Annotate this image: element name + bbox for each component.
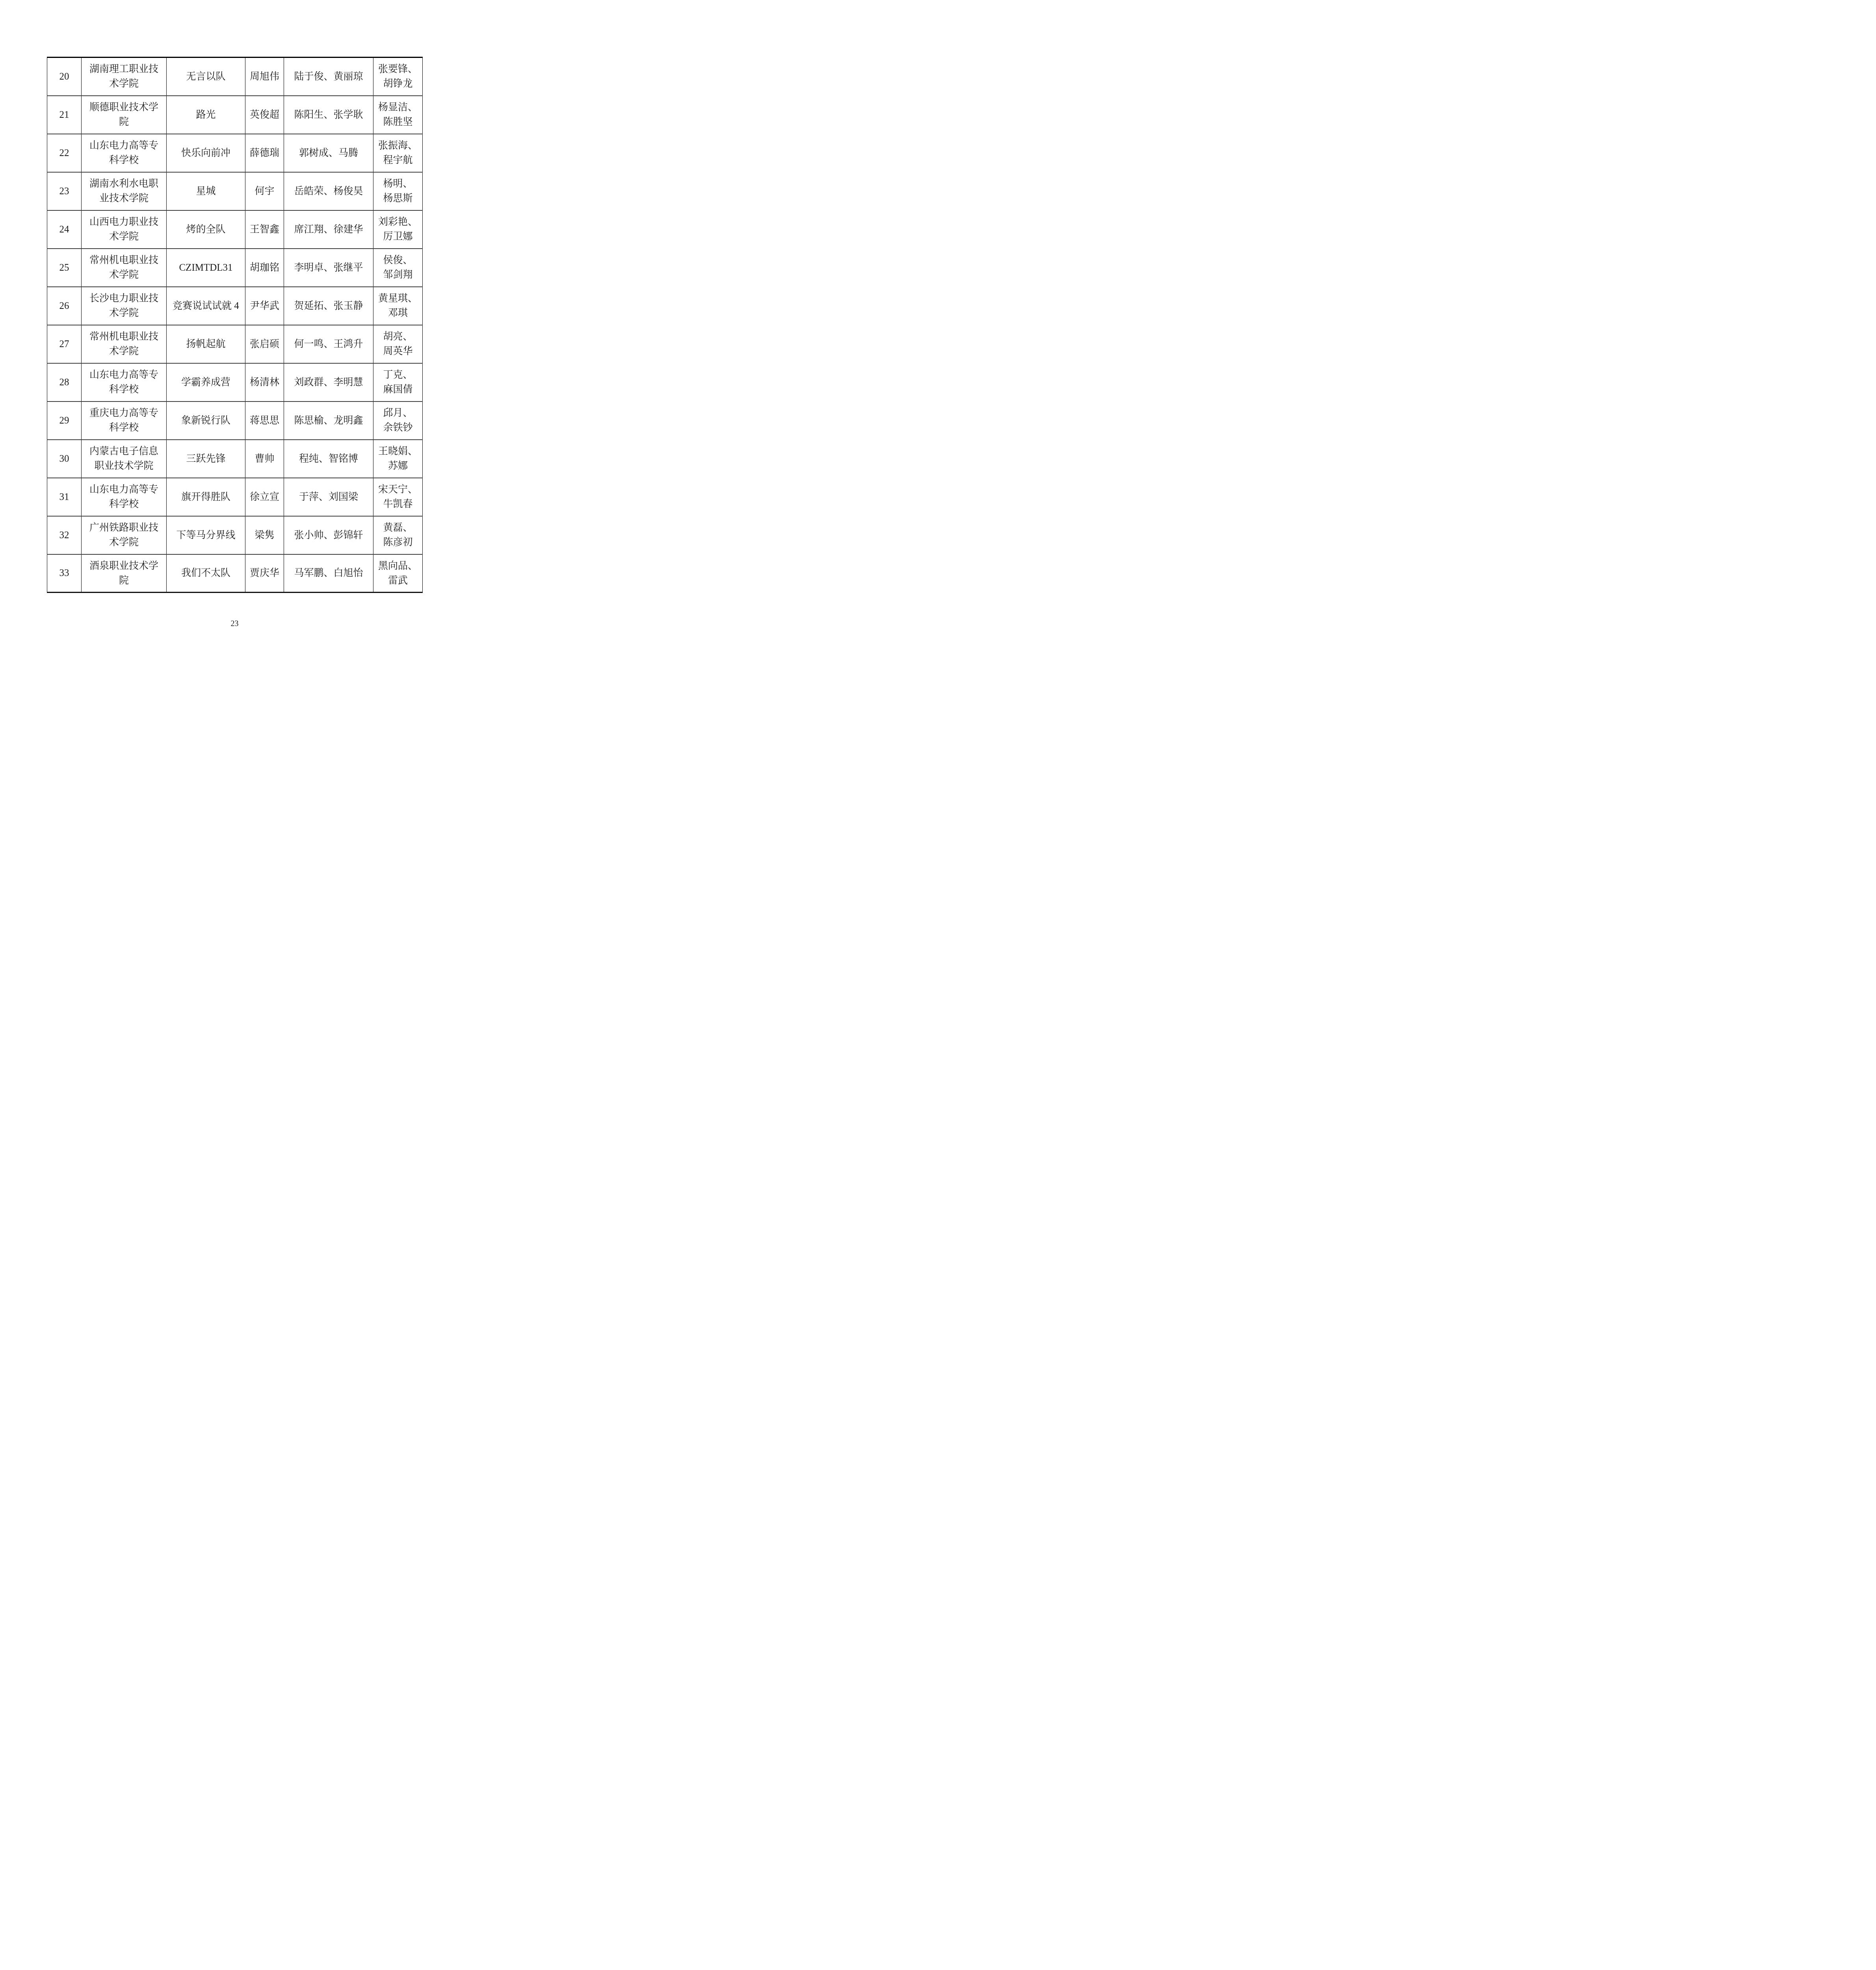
cell-text-line: 胡珈铭 xyxy=(245,260,284,275)
cell-text-line: 28 xyxy=(47,375,81,390)
table-row: 23湖南水利水电职业技术学院星城何宇岳皓荣、杨俊昊杨明、杨思斯 xyxy=(47,172,423,210)
cell-text-line: 广州铁路职业技 xyxy=(82,520,166,535)
cell-text-line: CZIMTDL31 xyxy=(167,260,245,275)
cell-text-line: 顺德职业技术学 xyxy=(82,100,166,115)
cell-leader: 贾庆华 xyxy=(245,554,284,593)
cell-text-line: 邱月、 xyxy=(373,406,422,420)
cell-text-line: 陈彦初 xyxy=(373,535,422,550)
cell-leader: 杨清林 xyxy=(245,363,284,401)
cell-text-line: 23 xyxy=(47,184,81,199)
cell-advisors: 黑向品、雷武 xyxy=(373,554,423,593)
cell-text-line: 李明卓、张继平 xyxy=(284,260,373,275)
cell-text-line: 酒泉职业技术学 xyxy=(82,559,166,573)
cell-leader: 何宇 xyxy=(245,172,284,210)
cell-text-line: 31 xyxy=(47,490,81,504)
cell-text-line: 湖南理工职业技 xyxy=(82,62,166,76)
cell-text-line: 学霸养成营 xyxy=(167,375,245,390)
cell-text-line: 蒋思思 xyxy=(245,413,284,428)
cell-team-name: 旗开得胜队 xyxy=(167,478,245,516)
cell-text-line: 杨明、 xyxy=(373,177,422,191)
cell-number: 33 xyxy=(47,554,82,593)
table-row: 28山东电力高等专科学校学霸养成营杨清林刘政群、李明慧丁克、麻国倩 xyxy=(47,363,423,401)
cell-text-line: 王智鑫 xyxy=(245,222,284,237)
cell-text-line: 陈思榆、龙明鑫 xyxy=(284,413,373,428)
cell-number: 28 xyxy=(47,363,82,401)
cell-text-line: 杨显洁、 xyxy=(373,100,422,115)
cell-team-name: 烤的全队 xyxy=(167,210,245,249)
cell-text-line: 24 xyxy=(47,222,81,237)
cell-school: 酒泉职业技术学院 xyxy=(82,554,167,593)
cell-text-line: 程宇航 xyxy=(373,153,422,167)
cell-text-line: 邓琪 xyxy=(373,306,422,320)
table-body: 20湖南理工职业技术学院无言以队周旭伟陆于俊、黄丽琼张要锋、胡铮龙21顺德职业技… xyxy=(47,58,423,593)
cell-text-line: 职业技术学院 xyxy=(82,459,166,473)
cell-text-line: 英俊超 xyxy=(245,108,284,122)
cell-text-line: 25 xyxy=(47,260,81,275)
cell-advisors: 刘彩艳、厉卫娜 xyxy=(373,210,423,249)
cell-text-line: 薛德瑞 xyxy=(245,146,284,160)
cell-text-line: 厉卫娜 xyxy=(373,229,422,244)
cell-text-line: 院 xyxy=(82,115,166,129)
cell-members: 贺延拓、张玉静 xyxy=(284,287,373,325)
cell-leader: 徐立宣 xyxy=(245,478,284,516)
cell-text-line: 业技术学院 xyxy=(82,191,166,206)
cell-school: 重庆电力高等专科学校 xyxy=(82,401,167,440)
cell-text-line: 席江翔、徐建华 xyxy=(284,222,373,237)
cell-text-line: 杨清林 xyxy=(245,375,284,390)
cell-leader: 薛德瑞 xyxy=(245,134,284,172)
document-page: 20湖南理工职业技术学院无言以队周旭伟陆于俊、黄丽琼张要锋、胡铮龙21顺德职业技… xyxy=(0,0,469,663)
cell-school: 常州机电职业技术学院 xyxy=(82,249,167,287)
cell-text-line: 下等马分界线 xyxy=(167,528,245,543)
cell-team-name: 无言以队 xyxy=(167,58,245,96)
cell-school: 广州铁路职业技术学院 xyxy=(82,516,167,554)
cell-number: 24 xyxy=(47,210,82,249)
cell-text-line: 黄磊、 xyxy=(373,520,422,535)
cell-school: 顺德职业技术学院 xyxy=(82,96,167,134)
cell-text-line: 张小帅、彭锦轩 xyxy=(284,528,373,543)
cell-text-line: 黄星琪、 xyxy=(373,291,422,306)
cell-number: 29 xyxy=(47,401,82,440)
cell-advisors: 胡亮、周英华 xyxy=(373,325,423,363)
cell-text-line: 何一鸣、王鸿升 xyxy=(284,337,373,351)
cell-text-line: 三跃先锋 xyxy=(167,452,245,466)
cell-advisors: 宋天宁、牛凯春 xyxy=(373,478,423,516)
cell-team-name: 路光 xyxy=(167,96,245,134)
table-row: 31山东电力高等专科学校旗开得胜队徐立宣于萍、刘国梁宋天宁、牛凯春 xyxy=(47,478,423,516)
cell-advisors: 黄磊、陈彦初 xyxy=(373,516,423,554)
table-row: 26长沙电力职业技术学院竞赛说试试就 4尹华武贺延拓、张玉静黄星琪、邓琪 xyxy=(47,287,423,325)
cell-number: 20 xyxy=(47,58,82,96)
cell-text-line: 重庆电力高等专 xyxy=(82,406,166,420)
cell-team-name: 星城 xyxy=(167,172,245,210)
teams-table: 20湖南理工职业技术学院无言以队周旭伟陆于俊、黄丽琼张要锋、胡铮龙21顺德职业技… xyxy=(47,57,423,593)
cell-leader: 曹帅 xyxy=(245,440,284,478)
cell-members: 陆于俊、黄丽琼 xyxy=(284,58,373,96)
cell-team-name: 三跃先锋 xyxy=(167,440,245,478)
cell-text-line: 术学院 xyxy=(82,229,166,244)
cell-text-line: 曹帅 xyxy=(245,452,284,466)
cell-text-line: 周旭伟 xyxy=(245,69,284,84)
cell-text-line: 山西电力职业技 xyxy=(82,215,166,229)
cell-text-line: 27 xyxy=(47,337,81,351)
cell-text-line: 陆于俊、黄丽琼 xyxy=(284,69,373,84)
cell-text-line: 常州机电职业技 xyxy=(82,253,166,268)
table-row: 24山西电力职业技术学院烤的全队王智鑫席江翔、徐建华刘彩艳、厉卫娜 xyxy=(47,210,423,249)
cell-text-line: 山东电力高等专 xyxy=(82,482,166,497)
cell-members: 刘政群、李明慧 xyxy=(284,363,373,401)
cell-leader: 周旭伟 xyxy=(245,58,284,96)
cell-text-line: 山东电力高等专 xyxy=(82,138,166,153)
cell-members: 张小帅、彭锦轩 xyxy=(284,516,373,554)
cell-leader: 王智鑫 xyxy=(245,210,284,249)
cell-team-name: 学霸养成营 xyxy=(167,363,245,401)
cell-text-line: 科学校 xyxy=(82,382,166,397)
cell-members: 岳皓荣、杨俊昊 xyxy=(284,172,373,210)
cell-team-name: 我们不太队 xyxy=(167,554,245,593)
cell-number: 23 xyxy=(47,172,82,210)
cell-leader: 尹华武 xyxy=(245,287,284,325)
cell-team-name: 竞赛说试试就 4 xyxy=(167,287,245,325)
cell-text-line: 牛凯春 xyxy=(373,497,422,511)
table-row: 21顺德职业技术学院路光英俊超陈阳生、张学耿杨显洁、陈胜坚 xyxy=(47,96,423,134)
cell-text-line: 刘彩艳、 xyxy=(373,215,422,229)
cell-school: 湖南水利水电职业技术学院 xyxy=(82,172,167,210)
cell-text-line: 扬帆起航 xyxy=(167,337,245,351)
cell-number: 30 xyxy=(47,440,82,478)
cell-advisors: 杨显洁、陈胜坚 xyxy=(373,96,423,134)
cell-text-line: 29 xyxy=(47,413,81,428)
cell-text-line: 院 xyxy=(82,573,166,588)
cell-advisors: 侯俊、邹剑翔 xyxy=(373,249,423,287)
cell-text-line: 黑向品、 xyxy=(373,559,422,573)
cell-text-line: 贺延拓、张玉静 xyxy=(284,299,373,313)
cell-text-line: 象新锐行队 xyxy=(167,413,245,428)
cell-number: 25 xyxy=(47,249,82,287)
table-row: 22山东电力高等专科学校快乐向前冲薛德瑞郭树成、马腾张振海、程宇航 xyxy=(47,134,423,172)
cell-text-line: 刘政群、李明慧 xyxy=(284,375,373,390)
cell-text-line: 26 xyxy=(47,299,81,313)
cell-text-line: 33 xyxy=(47,566,81,580)
cell-text-line: 雷武 xyxy=(373,573,422,588)
cell-text-line: 麻国倩 xyxy=(373,382,422,397)
page-number: 23 xyxy=(0,619,469,628)
cell-text-line: 烤的全队 xyxy=(167,222,245,237)
cell-leader: 胡珈铭 xyxy=(245,249,284,287)
cell-text-line: 陈阳生、张学耿 xyxy=(284,108,373,122)
cell-team-name: 快乐向前冲 xyxy=(167,134,245,172)
cell-members: 李明卓、张继平 xyxy=(284,249,373,287)
cell-school: 内蒙古电子信息职业技术学院 xyxy=(82,440,167,478)
cell-school: 山东电力高等专科学校 xyxy=(82,363,167,401)
cell-text-line: 科学校 xyxy=(82,153,166,167)
cell-text-line: 路光 xyxy=(167,108,245,122)
table-row: 32广州铁路职业技术学院下等马分界线梁隽张小帅、彭锦轩黄磊、陈彦初 xyxy=(47,516,423,554)
cell-members: 郭树成、马腾 xyxy=(284,134,373,172)
cell-text-line: 科学校 xyxy=(82,420,166,435)
cell-leader: 英俊超 xyxy=(245,96,284,134)
cell-members: 陈阳生、张学耿 xyxy=(284,96,373,134)
cell-number: 31 xyxy=(47,478,82,516)
cell-text-line: 无言以队 xyxy=(167,69,245,84)
cell-text-line: 张振海、 xyxy=(373,138,422,153)
cell-school: 山西电力职业技术学院 xyxy=(82,210,167,249)
cell-text-line: 周英华 xyxy=(373,344,422,359)
table-row: 30内蒙古电子信息职业技术学院三跃先锋曹帅程纯、智铭博王晓娟、苏娜 xyxy=(47,440,423,478)
cell-text-line: 术学院 xyxy=(82,535,166,550)
table-row: 20湖南理工职业技术学院无言以队周旭伟陆于俊、黄丽琼张要锋、胡铮龙 xyxy=(47,58,423,96)
cell-text-line: 梁隽 xyxy=(245,528,284,543)
cell-text-line: 郭树成、马腾 xyxy=(284,146,373,160)
cell-text-line: 21 xyxy=(47,108,81,122)
cell-team-name: 扬帆起航 xyxy=(167,325,245,363)
cell-text-line: 邹剑翔 xyxy=(373,268,422,282)
cell-advisors: 张要锋、胡铮龙 xyxy=(373,58,423,96)
cell-text-line: 30 xyxy=(47,452,81,466)
cell-team-name: 象新锐行队 xyxy=(167,401,245,440)
cell-team-name: 下等马分界线 xyxy=(167,516,245,554)
cell-members: 于萍、刘国梁 xyxy=(284,478,373,516)
cell-text-line: 张要锋、 xyxy=(373,62,422,76)
cell-text-line: 张启硕 xyxy=(245,337,284,351)
cell-text-line: 快乐向前冲 xyxy=(167,146,245,160)
cell-members: 何一鸣、王鸿升 xyxy=(284,325,373,363)
cell-advisors: 杨明、杨思斯 xyxy=(373,172,423,210)
cell-number: 32 xyxy=(47,516,82,554)
cell-text-line: 术学院 xyxy=(82,268,166,282)
cell-text-line: 尹华武 xyxy=(245,299,284,313)
cell-members: 席江翔、徐建华 xyxy=(284,210,373,249)
cell-text-line: 丁克、 xyxy=(373,368,422,382)
cell-text-line: 术学院 xyxy=(82,76,166,91)
table-row: 25常州机电职业技术学院CZIMTDL31胡珈铭李明卓、张继平侯俊、邹剑翔 xyxy=(47,249,423,287)
cell-text-line: 王晓娟、 xyxy=(373,444,422,459)
cell-members: 马军鹏、白旭怡 xyxy=(284,554,373,593)
cell-text-line: 宋天宁、 xyxy=(373,482,422,497)
cell-leader: 蒋思思 xyxy=(245,401,284,440)
cell-text-line: 岳皓荣、杨俊昊 xyxy=(284,184,373,199)
cell-text-line: 杨思斯 xyxy=(373,191,422,206)
table-row: 27常州机电职业技术学院扬帆起航张启硕何一鸣、王鸿升胡亮、周英华 xyxy=(47,325,423,363)
cell-text-line: 马军鹏、白旭怡 xyxy=(284,566,373,580)
cell-text-line: 竞赛说试试就 4 xyxy=(167,299,245,313)
cell-text-line: 科学校 xyxy=(82,497,166,511)
cell-text-line: 22 xyxy=(47,146,81,160)
cell-text-line: 我们不太队 xyxy=(167,566,245,580)
cell-text-line: 常州机电职业技 xyxy=(82,329,166,344)
cell-text-line: 苏娜 xyxy=(373,459,422,473)
cell-school: 常州机电职业技术学院 xyxy=(82,325,167,363)
cell-text-line: 程纯、智铭博 xyxy=(284,452,373,466)
cell-text-line: 胡亮、 xyxy=(373,329,422,344)
cell-number: 22 xyxy=(47,134,82,172)
cell-advisors: 张振海、程宇航 xyxy=(373,134,423,172)
cell-text-line: 术学院 xyxy=(82,344,166,359)
cell-text-line: 胡铮龙 xyxy=(373,76,422,91)
cell-text-line: 20 xyxy=(47,69,81,84)
cell-text-line: 星城 xyxy=(167,184,245,199)
cell-text-line: 长沙电力职业技 xyxy=(82,291,166,306)
cell-school: 山东电力高等专科学校 xyxy=(82,478,167,516)
cell-text-line: 陈胜坚 xyxy=(373,115,422,129)
cell-text-line: 徐立宣 xyxy=(245,490,284,504)
cell-text-line: 旗开得胜队 xyxy=(167,490,245,504)
cell-school: 湖南理工职业技术学院 xyxy=(82,58,167,96)
cell-team-name: CZIMTDL31 xyxy=(167,249,245,287)
cell-members: 程纯、智铭博 xyxy=(284,440,373,478)
cell-text-line: 贾庆华 xyxy=(245,566,284,580)
cell-leader: 张启硕 xyxy=(245,325,284,363)
table-row: 33酒泉职业技术学院我们不太队贾庆华马军鹏、白旭怡黑向品、雷武 xyxy=(47,554,423,593)
cell-advisors: 王晓娟、苏娜 xyxy=(373,440,423,478)
cell-advisors: 丁克、麻国倩 xyxy=(373,363,423,401)
cell-advisors: 邱月、余铁钞 xyxy=(373,401,423,440)
cell-text-line: 山东电力高等专 xyxy=(82,368,166,382)
cell-number: 21 xyxy=(47,96,82,134)
cell-text-line: 侯俊、 xyxy=(373,253,422,268)
cell-text-line: 何宇 xyxy=(245,184,284,199)
cell-text-line: 于萍、刘国梁 xyxy=(284,490,373,504)
cell-number: 27 xyxy=(47,325,82,363)
cell-text-line: 余铁钞 xyxy=(373,420,422,435)
cell-advisors: 黄星琪、邓琪 xyxy=(373,287,423,325)
cell-leader: 梁隽 xyxy=(245,516,284,554)
cell-school: 山东电力高等专科学校 xyxy=(82,134,167,172)
cell-number: 26 xyxy=(47,287,82,325)
cell-text-line: 32 xyxy=(47,528,81,543)
cell-text-line: 湖南水利水电职 xyxy=(82,177,166,191)
table-row: 29重庆电力高等专科学校象新锐行队蒋思思陈思榆、龙明鑫邱月、余铁钞 xyxy=(47,401,423,440)
cell-members: 陈思榆、龙明鑫 xyxy=(284,401,373,440)
cell-school: 长沙电力职业技术学院 xyxy=(82,287,167,325)
cell-text-line: 术学院 xyxy=(82,306,166,320)
cell-text-line: 内蒙古电子信息 xyxy=(82,444,166,459)
